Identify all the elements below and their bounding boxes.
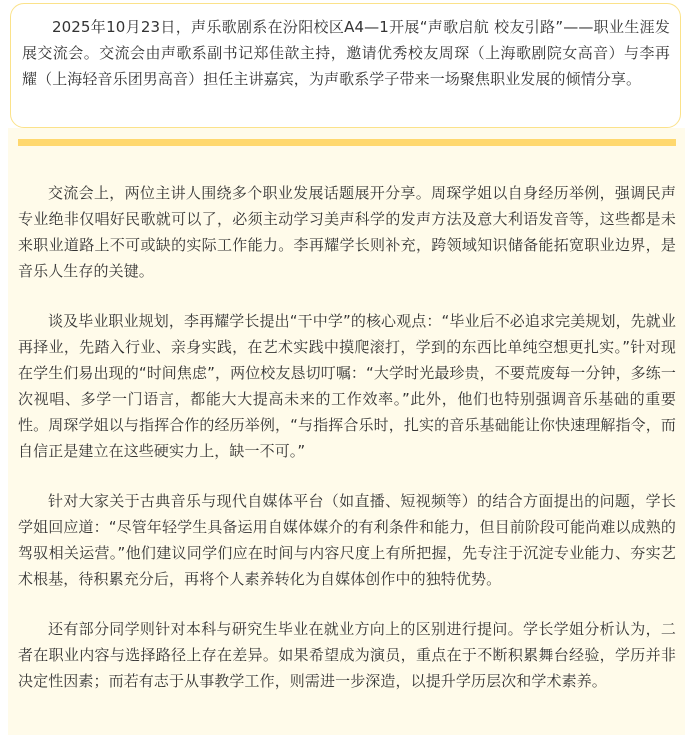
intro-card: 2025年10月23日，声乐歌剧系在汾阳校区A4—1开展“声歌启航 校友引路”—… xyxy=(10,3,681,128)
article-paragraph-4: 还有部分同学则针对本科与研究生毕业在就业方向上的区别进行提问。学长学姐分析认为，… xyxy=(18,616,676,694)
accent-divider-bar xyxy=(18,139,676,146)
article-body: 交流会上，两位主讲人围绕多个职业发展话题展开分享。周琛学姐以自身经历举例，强调民… xyxy=(18,180,676,718)
article-paragraph-1: 交流会上，两位主讲人围绕多个职业发展话题展开分享。周琛学姐以自身经历举例，强调民… xyxy=(18,180,676,284)
article-paragraph-3: 针对大家关于古典音乐与现代自媒体平台（如直播、短视频等）的结合方面提出的问题，学… xyxy=(18,488,676,592)
article-panel: 交流会上，两位主讲人围绕多个职业发展话题展开分享。周琛学姐以自身经历举例，强调民… xyxy=(8,128,685,735)
intro-paragraph: 2025年10月23日，声乐歌剧系在汾阳校区A4—1开展“声歌启航 校友引路”—… xyxy=(22,14,670,92)
article-paragraph-2: 谈及毕业职业规划，李再耀学长提出“干中学”的核心观点：“毕业后不必追求完美规划，… xyxy=(18,308,676,464)
